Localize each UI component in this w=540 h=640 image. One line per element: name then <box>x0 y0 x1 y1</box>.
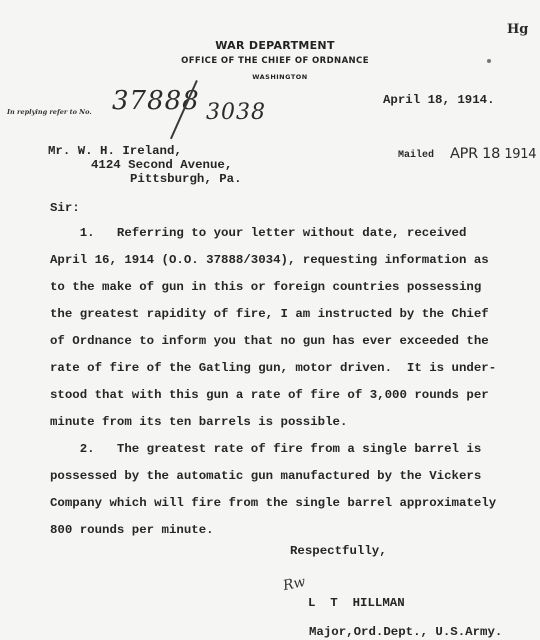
body-line: the greatest rapidity of fire, I am inst… <box>50 307 489 321</box>
letterhead-department: WAR DEPARTMENT <box>150 39 400 52</box>
closing: Respectfully, <box>290 544 387 558</box>
recipient-street: 4124 Second Avenue, <box>91 158 232 172</box>
recipient-name: Mr. W. H. Ireland, <box>48 144 182 158</box>
mailed-stamp-year: 1914 <box>504 147 536 162</box>
signer-name: L T HILLMAN <box>308 596 405 610</box>
mailed-stamp-date: APR 18 <box>450 146 500 162</box>
body-line: to the make of gun in this or foreign co… <box>50 280 481 294</box>
mailed-label: Mailed <box>398 150 434 161</box>
body-line: minute from its ten barrels is possible. <box>50 415 347 429</box>
body-line: possessed by the automatic gun manufactu… <box>50 469 481 483</box>
body-line: 800 rounds per minute. <box>50 523 214 537</box>
letterhead-office: OFFICE OF THE CHIEF OF ORDNANCE <box>150 56 400 66</box>
handwritten-reference-suffix: 3038 <box>206 100 266 125</box>
recipient-city: Pittsburgh, Pa. <box>130 172 242 186</box>
letterhead-city: WASHINGTON <box>170 73 390 81</box>
letter-page: Hg WAR DEPARTMENT OFFICE OF THE CHIEF OF… <box>0 0 540 640</box>
body-line: Company which will fire from the single … <box>50 496 496 510</box>
letter-date: April 18, 1914. <box>383 93 495 107</box>
body-line: of Ordnance to inform you that no gun ha… <box>50 334 489 348</box>
corner-mark: Hg <box>507 22 528 37</box>
body-line: 1. Referring to your letter without date… <box>50 226 466 240</box>
paper-speck <box>487 59 491 63</box>
salutation: Sir: <box>50 201 80 215</box>
mailed-stamp: APR 18 1914 <box>450 146 536 162</box>
reference-label: In replying refer to No. <box>7 108 92 116</box>
signer-title: Major,Ord.Dept., U.S.Army. <box>309 625 502 639</box>
body-line: stood that with this gun a rate of fire … <box>50 388 489 402</box>
body-line: April 16, 1914 (O.O. 37888/3034), reques… <box>50 253 489 267</box>
body-line: 2. The greatest rate of fire from a sing… <box>50 442 481 456</box>
body-line: rate of fire of the Gatling gun, motor d… <box>50 361 496 375</box>
handwritten-initials: Rw <box>282 574 307 594</box>
